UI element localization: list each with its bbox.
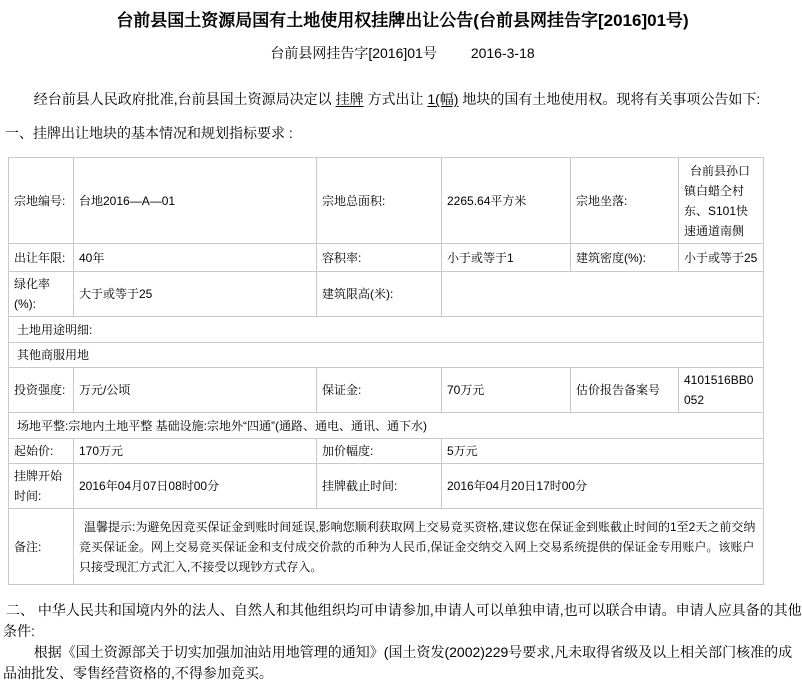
label-deposit: 保证金: bbox=[317, 368, 442, 413]
section2: 二、 中华人民共和国境内外的法人、自然人和其他组织均可申请参加,申请人可以单独申… bbox=[3, 600, 802, 684]
value-remark: 温馨提示:为避免因竞买保证金到账时间延误,影响您顺利获取网上交易竞买资格,建议您… bbox=[74, 509, 764, 585]
value-total-area: 2265.64平方米 bbox=[442, 158, 571, 244]
value-appraisal-record-no: 4101516BB0052 bbox=[679, 368, 764, 413]
intro-text-3: 地块的国有土地使用权。现将有关事项公告如下: bbox=[458, 91, 760, 107]
value-site-condition: 场地平整:宗地内土地平整 基础设施:宗地外“四通”(通路、通电、通讯、通下水) bbox=[9, 413, 764, 439]
value-deposit: 70万元 bbox=[442, 368, 571, 413]
value-bid-increment: 5万元 bbox=[442, 439, 764, 464]
label-listing-start-time: 挂牌开始时间: bbox=[9, 464, 74, 509]
page-title: 台前县国土资源局国有土地使用权挂牌出让公告(台前县网挂告字[2016]01号) bbox=[9, 11, 796, 31]
row-greening: 绿化率(%): 大于或等于25 建筑限高(米): bbox=[9, 272, 764, 317]
label-parcel-number: 宗地编号: bbox=[9, 158, 74, 244]
row-investment: 投资强度: 万元/公顷 保证金: 70万元 估价报告备案号 4101516BB0… bbox=[9, 368, 764, 413]
label-location: 宗地坐落: bbox=[571, 158, 679, 244]
value-parcel-number: 台地2016—A—01 bbox=[74, 158, 317, 244]
intro-paragraph: 经台前县人民政府批准,台前县国土资源局决定以 挂牌 方式出让 1(幅) 地块的国… bbox=[3, 88, 798, 110]
label-bid-increment: 加价幅度: bbox=[317, 439, 442, 464]
value-listing-start-time: 2016年04月07日08时00分 bbox=[74, 464, 317, 509]
label-starting-price: 起始价: bbox=[9, 439, 74, 464]
doc-meta: 台前县网挂告字[2016]01号2016-3-18 bbox=[3, 45, 802, 61]
row-listing-time: 挂牌开始时间: 2016年04月07日08时00分 挂牌截止时间: 2016年0… bbox=[9, 464, 764, 509]
row-price: 起始价: 170万元 加价幅度: 5万元 bbox=[9, 439, 764, 464]
label-remark: 备注: bbox=[9, 509, 74, 585]
label-height-limit: 建筑限高(米): bbox=[317, 272, 442, 317]
value-building-density: 小于或等于25 bbox=[679, 244, 764, 272]
label-plot-ratio: 容积率: bbox=[317, 244, 442, 272]
land-parcel-table: 宗地编号: 台地2016—A—01 宗地总面积: 2265.64平方米 宗地坐落… bbox=[8, 157, 764, 585]
label-greening-rate: 绿化率(%): bbox=[9, 272, 74, 317]
label-land-use-detail: 土地用途明细: bbox=[9, 317, 764, 343]
value-plot-ratio: 小于或等于1 bbox=[442, 244, 571, 272]
label-total-area: 宗地总面积: bbox=[317, 158, 442, 244]
doc-date: 2016-3-18 bbox=[471, 45, 535, 61]
value-tenure: 40年 bbox=[74, 244, 317, 272]
row-land-use-detail: 土地用途明细: bbox=[9, 317, 764, 343]
intro-text-1: 经台前县人民政府批准,台前县国土资源局决定以 bbox=[34, 91, 336, 107]
label-building-density: 建筑密度(%): bbox=[571, 244, 679, 272]
intro-text-2: 方式出让 bbox=[364, 91, 428, 107]
section1-heading: 一、挂牌出让地块的基本情况和规划指标要求 : bbox=[5, 124, 802, 142]
section2-paragraph: 二、 中华人民共和国境内外的法人、自然人和其他组织均可申请参加,申请人可以单独申… bbox=[3, 600, 802, 642]
row-site-condition: 场地平整:宗地内土地平整 基础设施:宗地外“四通”(通路、通电、通讯、通下水) bbox=[9, 413, 764, 439]
doc-number: 台前县网挂告字[2016]01号 bbox=[270, 45, 437, 61]
value-listing-end-time: 2016年04月20日17时00分 bbox=[442, 464, 764, 509]
label-tenure: 出让年限: bbox=[9, 244, 74, 272]
value-land-use: 其他商服用地 bbox=[9, 343, 764, 368]
row-remark: 备注: 温馨提示:为避免因竞买保证金到账时间延误,影响您顺利获取网上交易竞买资格… bbox=[9, 509, 764, 585]
row-tenure: 出让年限: 40年 容积率: 小于或等于1 建筑密度(%): 小于或等于25 bbox=[9, 244, 764, 272]
row-parcel-id: 宗地编号: 台地2016—A—01 宗地总面积: 2265.64平方米 宗地坐落… bbox=[9, 158, 764, 244]
row-land-use-value: 其他商服用地 bbox=[9, 343, 764, 368]
parcel-count-underlined: 1(幅) bbox=[427, 91, 458, 107]
section2-requirement: 根据《国土资源部关于切实加强加油站用地管理的通知》(国土资发(2002)229号… bbox=[3, 642, 802, 684]
label-investment-intensity: 投资强度: bbox=[9, 368, 74, 413]
label-appraisal-record-no: 估价报告备案号 bbox=[571, 368, 679, 413]
announcement-page: 台前县国土资源局国有土地使用权挂牌出让公告(台前县网挂告字[2016]01号) … bbox=[0, 11, 802, 684]
value-greening-rate: 大于或等于25 bbox=[74, 272, 317, 317]
listing-method-underlined: 挂牌 bbox=[336, 91, 364, 107]
label-listing-end-time: 挂牌截止时间: bbox=[317, 464, 442, 509]
value-investment-intensity: 万元/公顷 bbox=[74, 368, 317, 413]
value-height-limit bbox=[442, 272, 764, 317]
value-location: 台前县孙口镇白蜡仝村东、S101快速通道南侧 bbox=[679, 158, 764, 244]
value-starting-price: 170万元 bbox=[74, 439, 317, 464]
